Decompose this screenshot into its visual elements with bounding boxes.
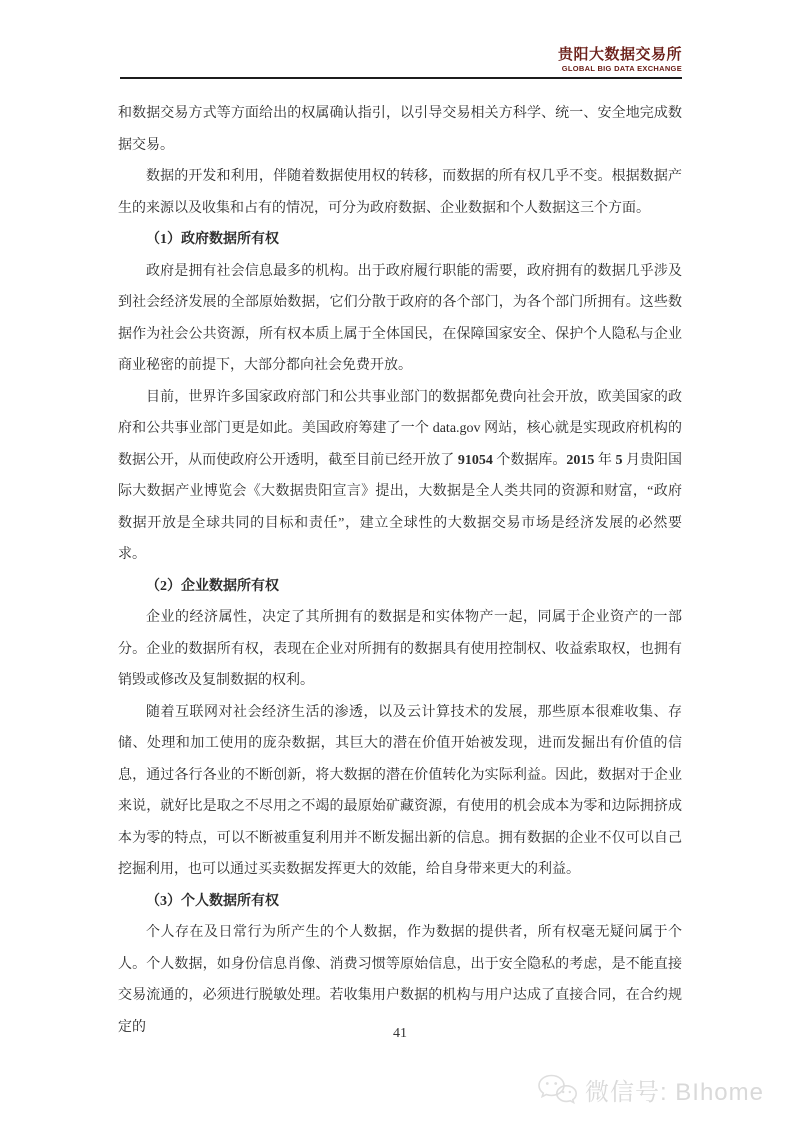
org-name-en: GLOBAL BIG DATA EXCHANGE: [558, 65, 682, 73]
document-page: 贵阳大数据交易所 GLOBAL BIG DATA EXCHANGE 和数据交易方…: [0, 0, 800, 1131]
page-header: 贵阳大数据交易所 GLOBAL BIG DATA EXCHANGE: [558, 47, 682, 73]
wechat-icon: [537, 1073, 577, 1107]
org-name-cn: 贵阳大数据交易所: [558, 47, 682, 62]
section-heading: （1）政府数据所有权: [118, 224, 682, 256]
paragraph: 企业的经济属性，决定了其所拥有的数据是和实体物产一起，同属于企业资产的一部分。企…: [118, 602, 682, 697]
watermark-text: 微信号: BIhome: [585, 1072, 764, 1107]
paragraph: 政府是拥有社会信息最多的机构。出于政府履行职能的需要，政府拥有的数据几乎涉及到社…: [118, 256, 682, 382]
section-heading: （3）个人数据所有权: [118, 886, 682, 918]
section-heading: （2）企业数据所有权: [118, 571, 682, 603]
page-number: 41: [0, 1026, 800, 1042]
document-body: 和数据交易方式等方面给出的权属确认指引，以引导交易相关方科学、统一、安全地完成数…: [118, 98, 682, 1043]
header-rule: [120, 77, 682, 79]
paragraph: 数据的开发和利用，伴随着数据使用权的转移，而数据的所有权几乎不变。根据数据产生的…: [118, 161, 682, 224]
paragraph: 个人存在及日常行为所产生的个人数据，作为数据的提供者，所有权毫无疑问属于个人。个…: [118, 917, 682, 1043]
paragraph: 和数据交易方式等方面给出的权属确认指引，以引导交易相关方科学、统一、安全地完成数…: [118, 98, 682, 161]
paragraph: 目前，世界许多国家政府部门和公共事业部门的数据都免费向社会开放，欧美国家的政府和…: [118, 382, 682, 571]
wechat-watermark: 微信号: BIhome: [537, 1072, 764, 1107]
paragraph: 随着互联网对社会经济生活的渗透，以及云计算技术的发展，那些原本很难收集、存储、处…: [118, 697, 682, 886]
